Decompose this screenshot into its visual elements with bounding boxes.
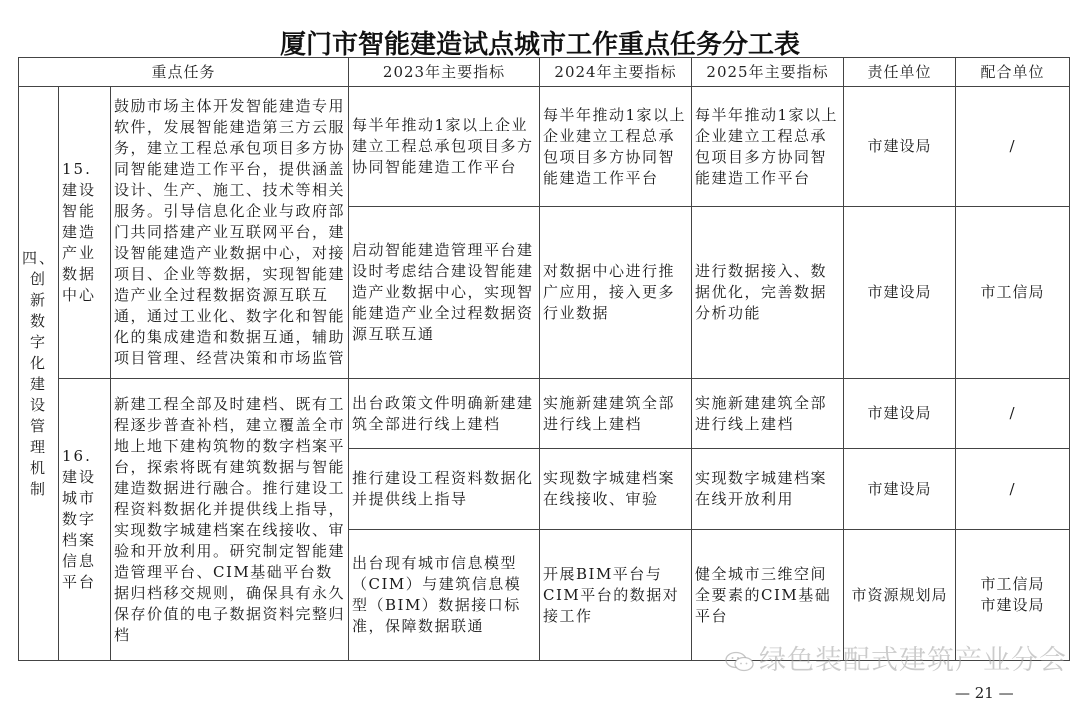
target-2025: 进行数据接入、数据优化，完善数据分析功能 — [692, 207, 844, 379]
target-2024: 开展BIM平台与CIM平台的数据对接工作 — [540, 530, 692, 661]
target-2024: 实现数字城建档案在线接收、审验 — [540, 449, 692, 530]
task-name: 16.建设城市数字档案信息平台 — [59, 379, 111, 661]
target-2025: 每半年推动1家以上企业建立工程总承包项目多方协同智能建造工作平台 — [692, 87, 844, 207]
target-2024: 对数据中心进行推广应用，接入更多行业数据 — [540, 207, 692, 379]
header-2023: 2023年主要指标 — [349, 58, 540, 87]
target-2023: 每半年推动1家以上企业建立工程总承包项目多方协同智能建造工作平台 — [349, 87, 540, 207]
task-division-table: 重点任务 2023年主要指标 2024年主要指标 2025年主要指标 责任单位 … — [18, 57, 1070, 661]
table-row: 16.建设城市数字档案信息平台 新建工程全部及时建档、既有工程逐步普查补档，建立… — [19, 379, 1070, 449]
cooperating-unit: / — [956, 379, 1070, 449]
target-2025: 实施新建建筑全部进行线上建档 — [692, 379, 844, 449]
task-name: 15.建设智能建造产业数据中心 — [59, 87, 111, 379]
target-2024: 实施新建建筑全部进行线上建档 — [540, 379, 692, 449]
target-2025: 实现数字城建档案在线开放利用 — [692, 449, 844, 530]
page-number: — 21 — — [955, 684, 1014, 702]
responsible-unit: 市建设局 — [844, 449, 956, 530]
cooperating-unit: / — [956, 449, 1070, 530]
target-2024: 每半年推动1家以上企业建立工程总承包项目多方协同智能建造工作平台 — [540, 87, 692, 207]
task-description: 鼓励市场主体开发智能建造专用软件，发展智能建造第三方云服务，建立工程总承包项目多… — [111, 87, 349, 379]
header-2024: 2024年主要指标 — [540, 58, 692, 87]
target-2023: 启动智能建造管理平台建设时考虑结合建设智能建造产业数据中心，实现智能建造产业全过… — [349, 207, 540, 379]
header-row: 重点任务 2023年主要指标 2024年主要指标 2025年主要指标 责任单位 … — [19, 58, 1070, 87]
document-title: 厦门市智能建造试点城市工作重点任务分工表 — [0, 24, 1080, 61]
target-2023: 推行建设工程资料数据化并提供线上指导 — [349, 449, 540, 530]
header-cooperating: 配合单位 — [956, 58, 1070, 87]
table-row: 四、创新数字化建设管理机制 15.建设智能建造产业数据中心 鼓励市场主体开发智能… — [19, 87, 1070, 207]
target-2023: 出台政策文件明确新建建筑全部进行线上建档 — [349, 379, 540, 449]
responsible-unit: 市建设局 — [844, 379, 956, 449]
category-cell: 四、创新数字化建设管理机制 — [19, 87, 59, 661]
header-responsible: 责任单位 — [844, 58, 956, 87]
header-task: 重点任务 — [19, 58, 349, 87]
watermark: 绿色装配式建筑产业分会 — [725, 638, 1067, 677]
header-2025: 2025年主要指标 — [692, 58, 844, 87]
responsible-unit: 市建设局 — [844, 87, 956, 207]
wechat-icon — [725, 651, 755, 673]
task-description: 新建工程全部及时建档、既有工程逐步普查补档，建立覆盖全市地上地下建构筑物的数字档… — [111, 379, 349, 661]
responsible-unit: 市建设局 — [844, 207, 956, 379]
cooperating-unit: / — [956, 87, 1070, 207]
watermark-text: 绿色装配式建筑产业分会 — [759, 645, 1067, 676]
cooperating-unit: 市工信局 — [956, 207, 1070, 379]
target-2023: 出台现有城市信息模型（CIM）与建筑信息模型（BIM）数据接口标准，保障数据联通 — [349, 530, 540, 661]
